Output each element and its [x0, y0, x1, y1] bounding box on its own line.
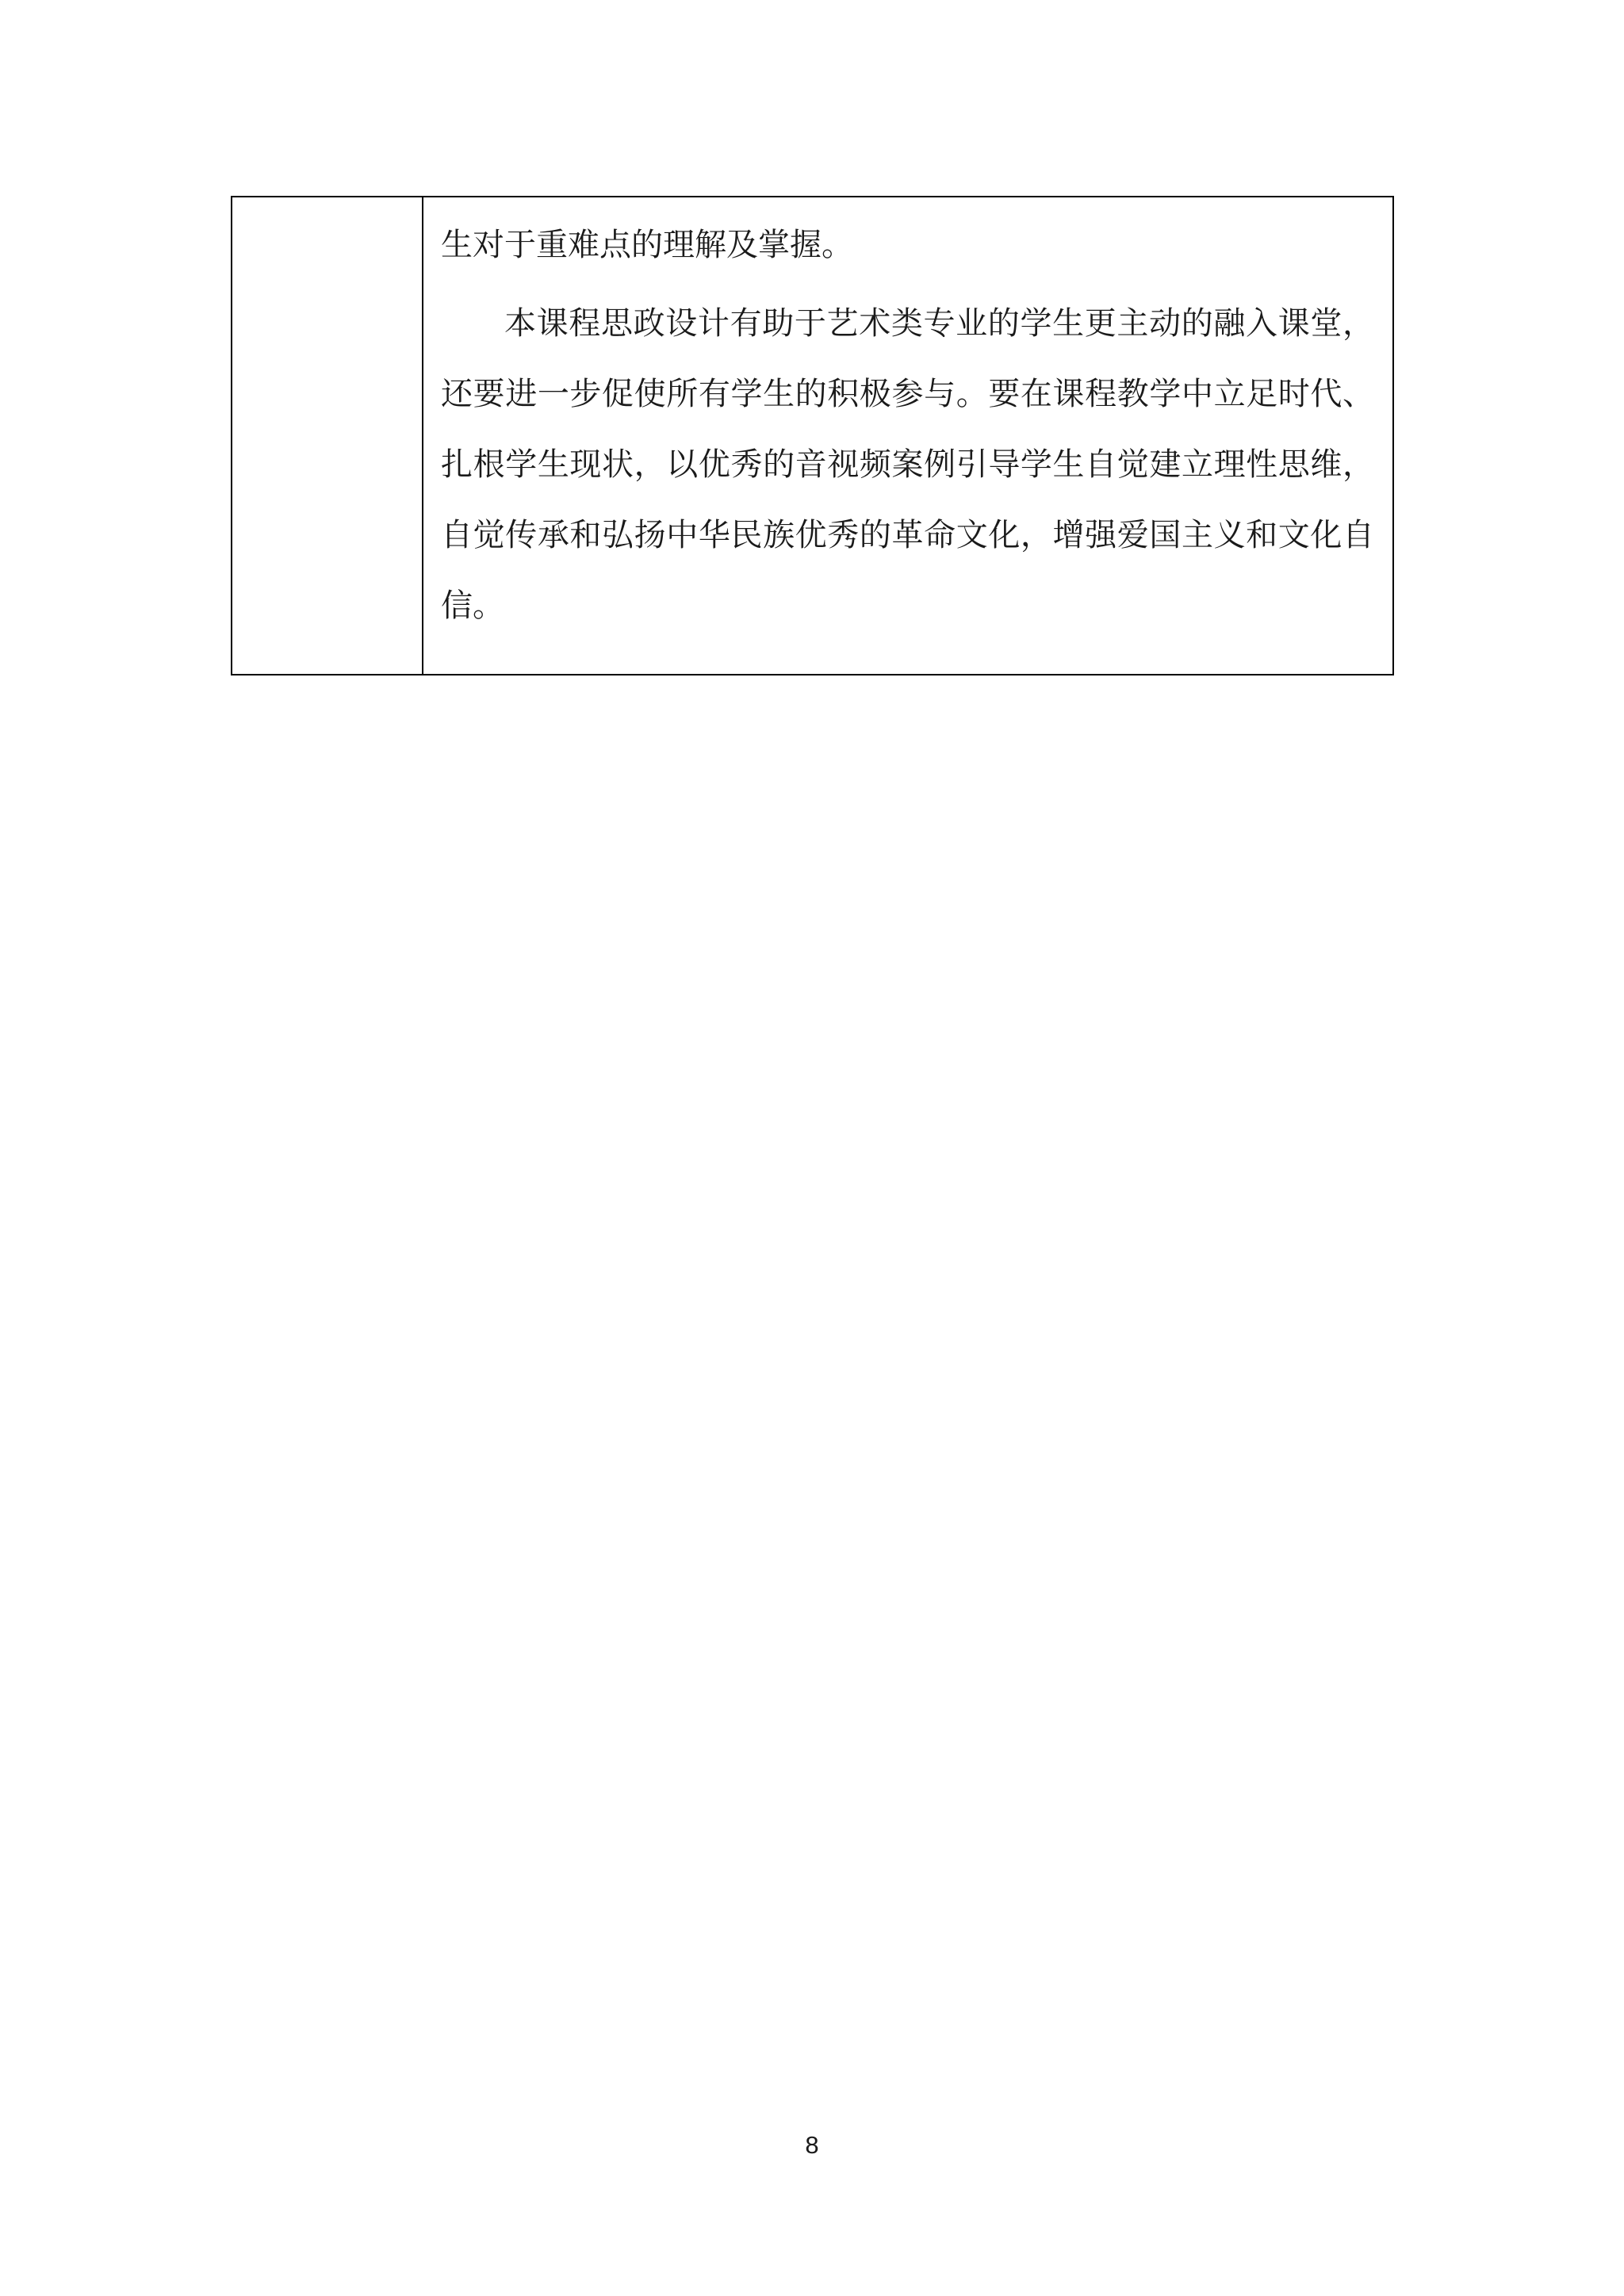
- page-number: 8: [805, 2131, 818, 2159]
- row-label-cell: [232, 197, 423, 674]
- page-footer: 8: [0, 2133, 1624, 2157]
- document-page: 生对于重难点的理解及掌握。 本课程思政设计有助于艺术类专业的学生更主动的融入课堂…: [0, 0, 1624, 2296]
- content-table: 生对于重难点的理解及掌握。 本课程思政设计有助于艺术类专业的学生更主动的融入课堂…: [231, 196, 1394, 675]
- row-content-cell: 生对于重难点的理解及掌握。 本课程思政设计有助于艺术类专业的学生更主动的融入课堂…: [423, 197, 1392, 674]
- paragraph-continuation: 生对于重难点的理解及掌握。: [441, 209, 1374, 280]
- paragraph-course-ideology: 本课程思政设计有助于艺术类专业的学生更主动的融入课堂，还要进一步促使所有学生的积…: [441, 288, 1374, 641]
